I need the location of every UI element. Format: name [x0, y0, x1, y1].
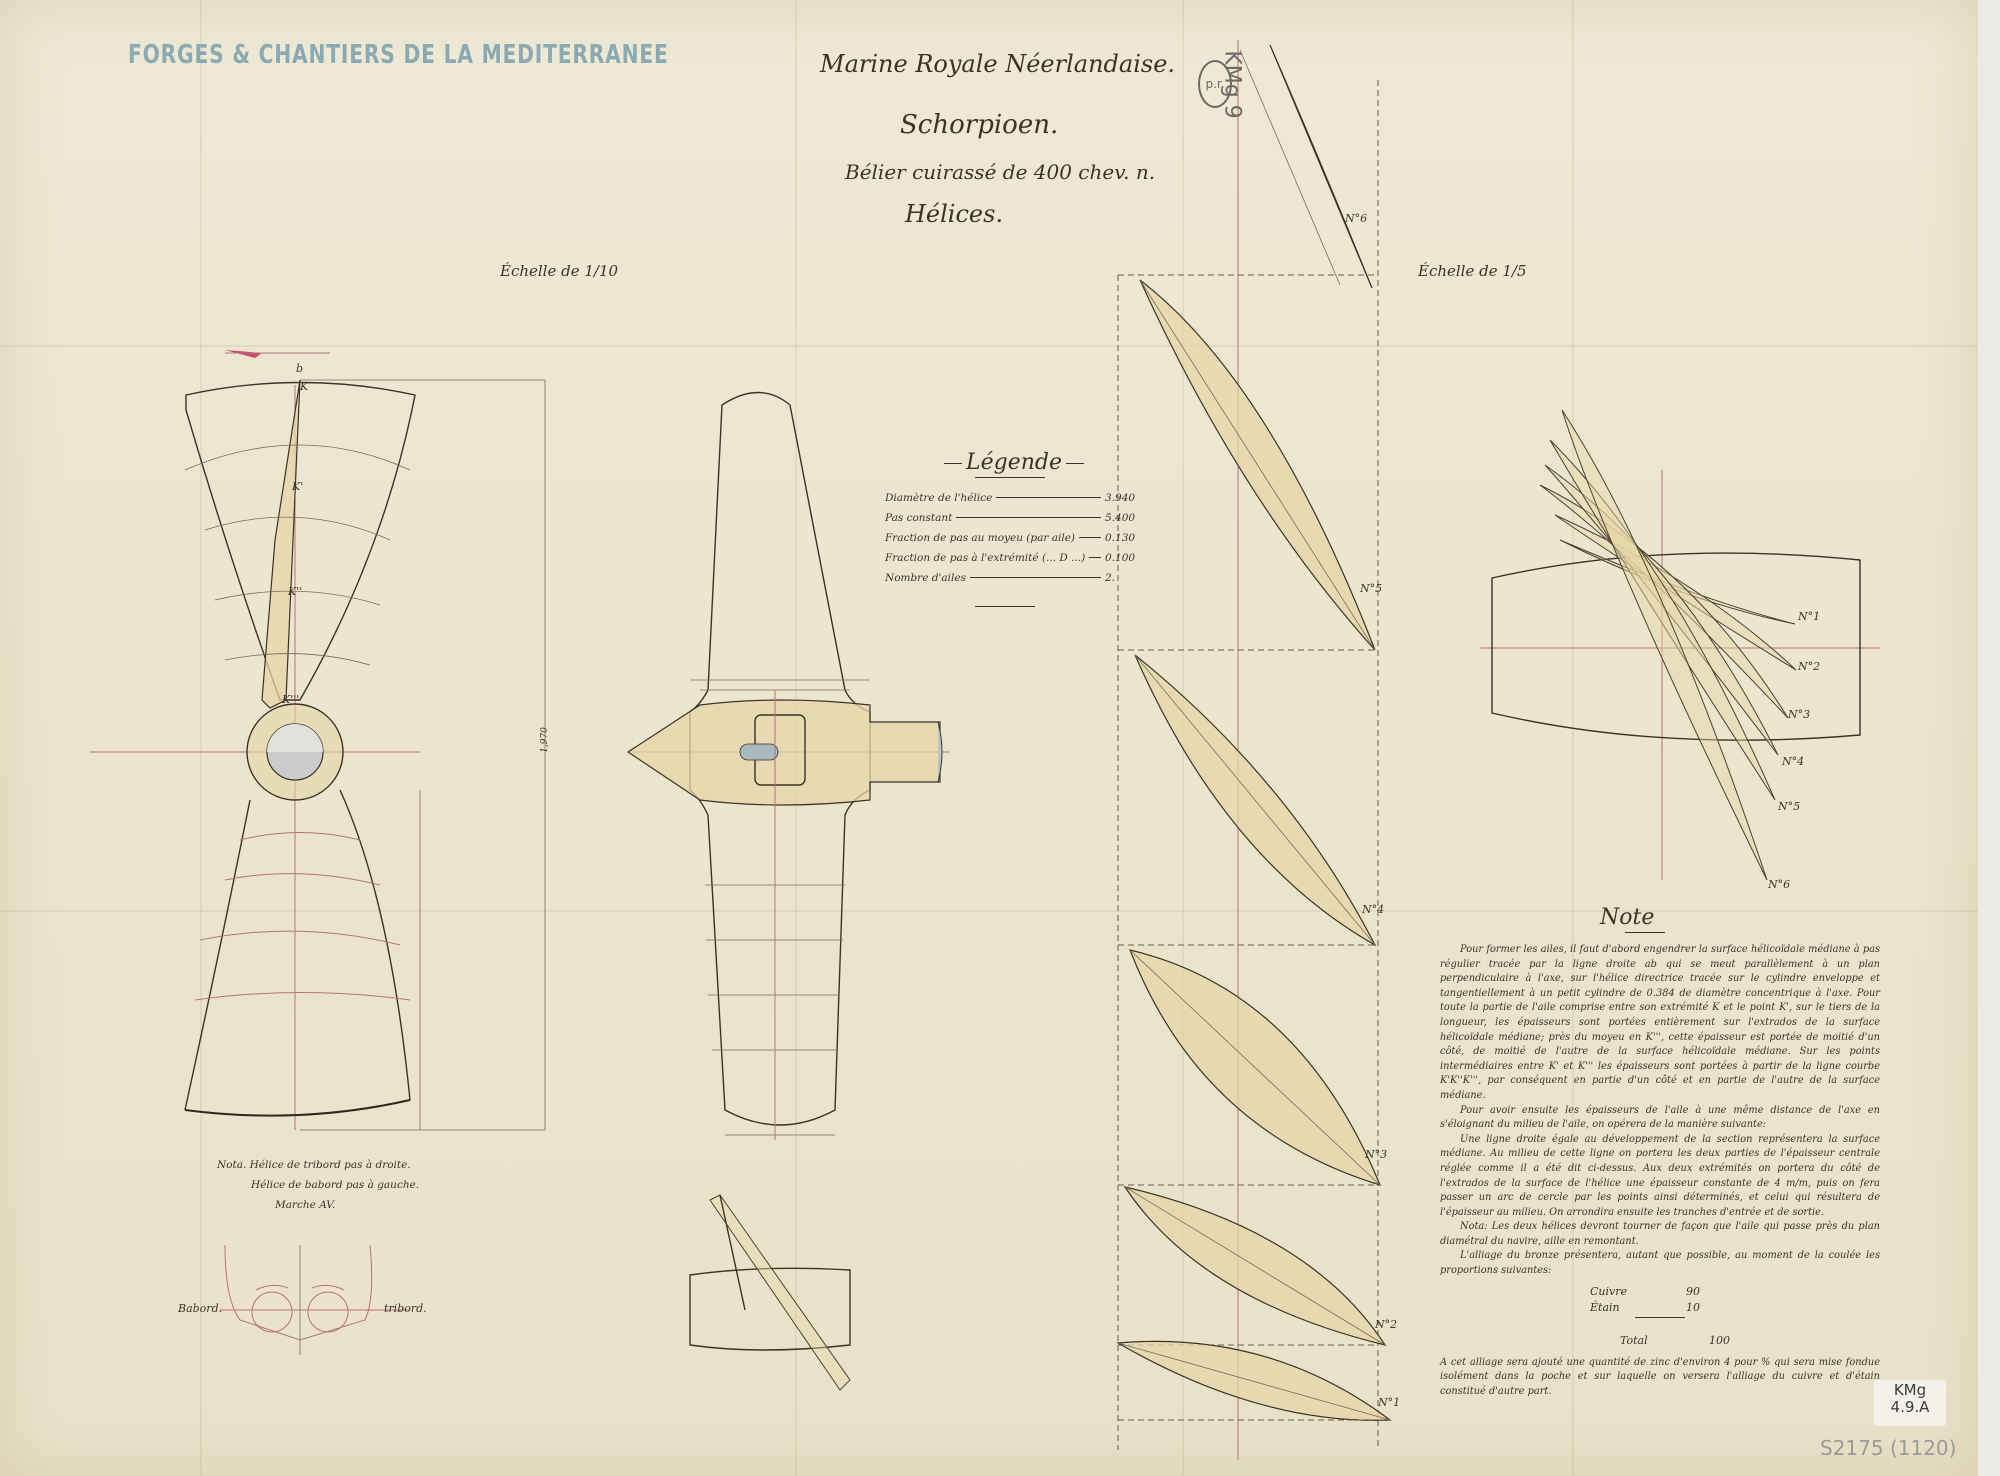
- title-navy: Marine Royale Néerlandaise.: [820, 50, 1175, 78]
- note-paragraph: L'alliage du bronze présentera, autant q…: [1440, 1249, 1880, 1278]
- section-label-n3: N°3: [1365, 1148, 1387, 1161]
- archive-tag: KMg 4.9.A: [1874, 1380, 1946, 1426]
- overlaid-sections-view: [1480, 410, 1880, 880]
- blade-perspective-sketch: [690, 1195, 850, 1390]
- legend: Légende Diamètre de l'hélice3.940 Pas co…: [885, 450, 1145, 607]
- note-paragraph: Une ligne droite égale au développement …: [1440, 1133, 1880, 1221]
- note-paragraph: Pour avoir ensuite les épaisseurs de l'a…: [1440, 1104, 1880, 1133]
- pencil-circle-mark: p.r.: [1198, 60, 1232, 108]
- point-label-b: b: [296, 362, 303, 375]
- note-footer: A cet alliage sera ajouté une quantité d…: [1440, 1356, 1880, 1400]
- overlay-label-n3: N°3: [1788, 708, 1810, 721]
- overlay-label-n5: N°5: [1778, 800, 1800, 813]
- section-label-n2: N°2: [1375, 1318, 1397, 1331]
- legend-row: Fraction de pas à l'extrémité (... D ...…: [885, 552, 1145, 572]
- label-babord: Babord.: [178, 1302, 222, 1315]
- total-dimension: 1,970: [540, 727, 550, 753]
- title-subject: Hélices.: [905, 200, 1003, 228]
- legend-row: Fraction de pas au moyeu (par aile)0.130: [885, 532, 1145, 552]
- title-ship: Schorpioen.: [900, 110, 1058, 140]
- blade-sections: [1118, 40, 1390, 1460]
- note-paragraph: Nota: Les deux hélices devront tourner d…: [1440, 1220, 1880, 1249]
- note-paragraph: Pour former les ailes, il faut d'abord e…: [1440, 943, 1880, 1104]
- overlay-label-n6: N°6: [1768, 878, 1790, 891]
- propeller-front-view: [90, 350, 545, 1130]
- accession-number: S2175 (1120): [1820, 1436, 1956, 1460]
- legend-row: Diamètre de l'hélice3.940: [885, 492, 1145, 512]
- blueprint-sheet: .ink{fill:none;stroke:#3b3328;stroke-wid…: [0, 0, 1978, 1476]
- alloy-table: Cuivre90 Étain10 Total100: [1590, 1285, 1880, 1350]
- section-label-n1: N°1: [1378, 1396, 1400, 1409]
- scale-right: Échelle de 1/5: [1418, 262, 1527, 280]
- point-label-k3: K''': [282, 693, 299, 706]
- label-tribord: tribord.: [384, 1302, 427, 1315]
- rotation-note: Nota. Hélice de tribord pas à droite. Hé…: [217, 1155, 419, 1215]
- construction-note: Note Pour former les ailes, il faut d'ab…: [1440, 905, 1880, 1399]
- scale-left: Échelle de 1/10: [500, 262, 618, 280]
- point-label-k2: K'': [288, 585, 302, 598]
- point-label-k: K: [300, 380, 308, 393]
- note-title: Note: [1600, 905, 1880, 930]
- legend-row: Pas constant5.400: [885, 512, 1145, 532]
- legend-row: Nombre d'ailes2.: [885, 572, 1145, 592]
- overlay-label-n1: N°1: [1798, 610, 1820, 623]
- section-label-n6: N°6: [1345, 212, 1367, 225]
- legend-title: Légende: [940, 450, 1145, 475]
- section-label-n4: N°4: [1362, 903, 1384, 916]
- section-label-n5: N°5: [1360, 582, 1382, 595]
- point-label-k1: K': [292, 480, 303, 493]
- shipyard-stamp: FORGES & CHANTIERS DE LA MEDITERRANEE: [128, 40, 669, 70]
- overlay-label-n4: N°4: [1782, 755, 1804, 768]
- stern-section-diagram: [220, 1245, 410, 1355]
- overlay-label-n2: N°2: [1798, 660, 1820, 673]
- title-vessel-type: Bélier cuirassé de 400 chev. n.: [845, 160, 1155, 184]
